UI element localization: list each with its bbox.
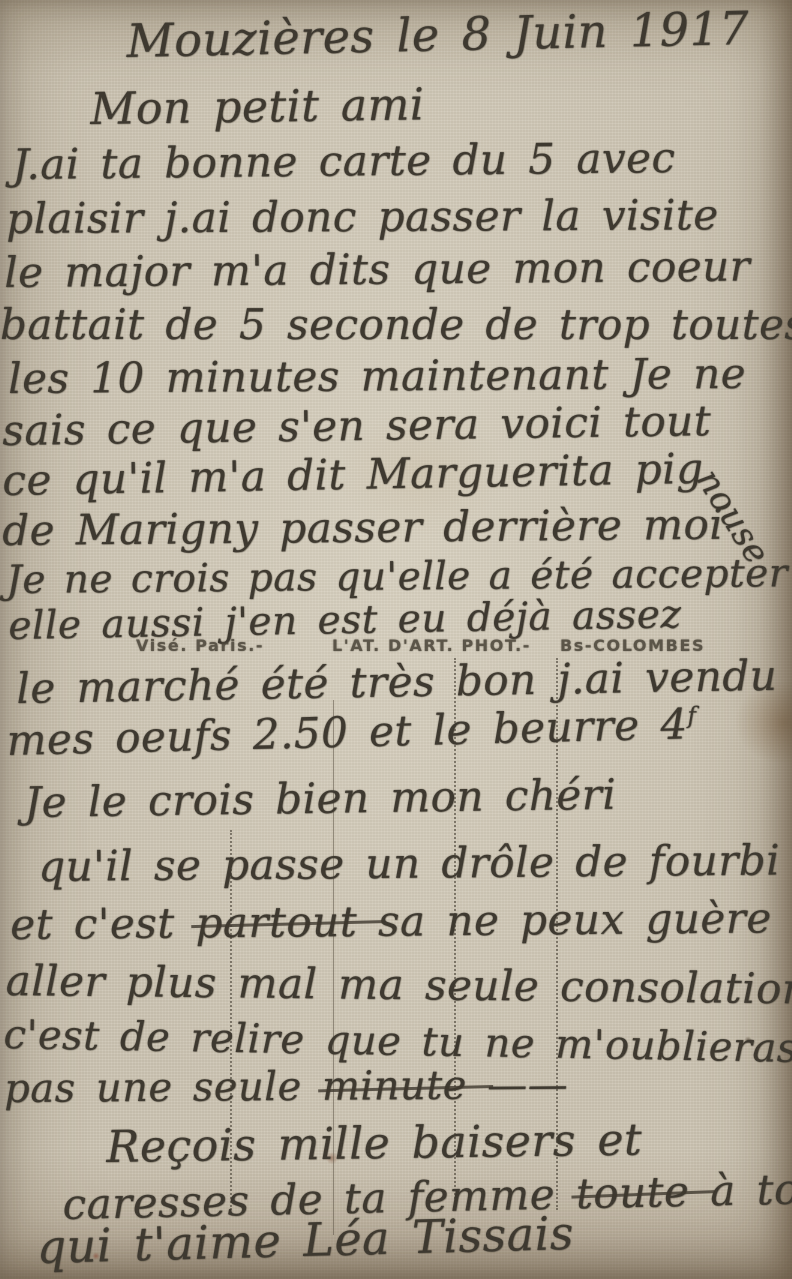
- struck-word: partout: [195, 897, 357, 947]
- message-line: battait de 5 seconde de trop toutes: [0, 300, 792, 349]
- message-line: Reçois mille baisers et: [106, 1115, 642, 1173]
- salutation-line: Mon petit ami: [90, 79, 425, 135]
- message-line: J.ai ta bonne carte du 5 avec: [12, 133, 676, 189]
- superscript-currency: f: [687, 703, 697, 729]
- message-line: les 10 minutes maintenant Je ne: [8, 349, 746, 403]
- message-line: Je le crois bien mon chéri: [24, 770, 617, 827]
- message-line-text: sa ne peux guère: [357, 893, 772, 946]
- struck-word: minute: [322, 1063, 467, 1110]
- message-line: aller plus mal ma seule consolation: [5, 956, 792, 1013]
- stamp-atelier: L'AT. D'ART. PHOT.-: [332, 636, 531, 655]
- message-line-text: pas une seule: [4, 1064, 322, 1112]
- message-line: de Marigny passer derrière moi: [2, 500, 723, 555]
- message-line: plaisir j.ai donc passer la visite: [6, 190, 719, 243]
- message-line: le major m'a dits que mon coeur: [4, 241, 750, 297]
- stamp-vise-paris: Visé. Paris.-: [136, 636, 264, 655]
- struck-word: toute: [575, 1167, 689, 1218]
- message-line-text: et c'est: [10, 898, 196, 949]
- message-line: et c'est partout sa ne peux guère: [10, 893, 772, 949]
- message-line: qu'il se passe un drôle de fourbi: [38, 836, 780, 891]
- postcard-back: Mouzières le 8 Juin 1917 Mon petit ami J…: [0, 0, 792, 1279]
- message-line: pas une seule minute ——: [4, 1062, 568, 1112]
- dateline: Mouzières le 8 Juin 1917: [126, 1, 750, 68]
